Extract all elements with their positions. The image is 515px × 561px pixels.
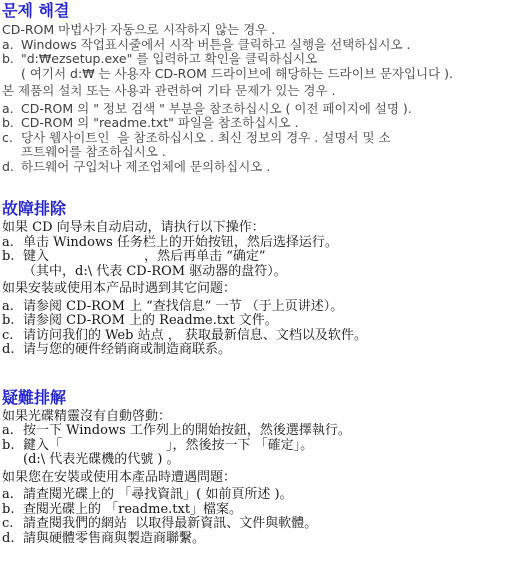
list-marker: d. <box>2 343 23 358</box>
list-item: b. CD-ROM 의 "readme.txt" 파일을 참조하십시오 . <box>2 116 515 131</box>
list-marker: c. <box>2 131 21 146</box>
list-item: a. 按一下 Windows 工作列上的開始按鈕，然後選擇執行。 <box>2 424 515 439</box>
list-item-text: 请访问我们的 Web 站点 ， 获取最新信息、文档以及软件。 <box>23 329 515 344</box>
manual-page: { "page": { "background": "#ffffff", "ti… <box>0 0 515 561</box>
list-item: c. 請查閱我們的網站 以取得最新資訊、文件與軟體。 <box>2 517 515 532</box>
list-item: d. 请与您的硬件经销商或制造商联系。 <box>2 343 515 358</box>
section-title-simplified-chinese: 故障排除 <box>2 199 515 218</box>
list-marker: d. <box>2 160 21 175</box>
intro-paragraph: 본 제품의 설치 또는 사용과 관련하여 기타 문제가 있는 경우 . <box>2 84 515 99</box>
list-item-text: 键入 ，然后再单击 “确定” <box>23 250 515 265</box>
list-item-text: ( 여기서 d:₩ 는 사용자 CD-ROM 드라이브에 해당하는 드라이브 문… <box>21 67 515 82</box>
list-item: a. 单击 Windows 任务栏上的开始按钮，然后选择运行。 <box>2 236 515 251</box>
intro-paragraph: 如果您在安裝或使用本產品時遭遇問題： <box>2 471 515 486</box>
list-item: b. 键入 ，然后再单击 “确定” （其中，d:\ 代表 CD-ROM 驱动器的… <box>2 250 515 279</box>
section-title-traditional-chinese: 疑難排解 <box>2 388 515 407</box>
list-marker: d. <box>2 532 23 547</box>
list-marker: b. <box>2 314 23 329</box>
list-item-text: 당사 웹사이트인 을 참조하십시오 . 최신 정보의 경우 . 설명서 및 소 <box>21 131 515 146</box>
list-item-text: 請與硬體零售商與製造商聯繫。 <box>23 532 515 547</box>
list-item-text: 하드웨어 구입처나 제조업체에 문의하십시오 . <box>21 160 515 175</box>
list-item-text: CD-ROM 의 " 정보 검색 " 부분을 참조하십시오 ( 이전 페이지에 … <box>21 102 515 117</box>
list-item-text: (d:\ 代表光碟機的代號 ) 。 <box>23 453 515 468</box>
list-item: b. "d:₩ezsetup.exe" 를 입력하고 확인을 클릭하십시오 ( … <box>2 52 515 81</box>
list-marker: a. <box>2 102 21 117</box>
list-item-text: （其中，d:\ 代表 CD-ROM 驱动器的盘符）。 <box>23 265 515 280</box>
list-marker: b. <box>2 503 23 518</box>
intro-paragraph: 如果 CD 向导未自动启动，请执行以下操作： <box>2 221 515 236</box>
intro-paragraph: 如果安装或使用本产品时遇到其它问题： <box>2 282 515 297</box>
list-marker: a. <box>2 38 21 53</box>
list-marker: b. <box>2 52 21 67</box>
list-item: b. 请参阅 CD-ROM 上的 Readme.txt 文件。 <box>2 314 515 329</box>
list-marker: c. <box>2 517 23 532</box>
list-marker: b. <box>2 116 21 131</box>
list-item: a. Windows 작업표시줄에서 시작 버튼을 클릭하고 실행을 선택하십시… <box>2 38 515 53</box>
section-title-korean: 문제 해결 <box>2 1 515 20</box>
list-item-text: 按一下 Windows 工作列上的開始按鈕，然後選擇執行。 <box>23 424 515 439</box>
list-item: b. 鍵入「 」，然後按一下 「確定」。 (d:\ 代表光碟機的代號 ) 。 <box>2 439 515 468</box>
list-marker: a. <box>2 300 23 315</box>
list-marker: a. <box>2 236 23 251</box>
list-item: a. 請查閱光碟上的 「尋找資訊」( 如前頁所述 )。 <box>2 488 515 503</box>
section-simplified-chinese-troubleshooting: 故障排除 如果 CD 向导未自动启动，请执行以下操作： a. 单击 Window… <box>2 199 515 358</box>
list-item-text: 请参阅 CD-ROM 上 “查找信息” 一节 （于上页讲述）。 <box>23 300 515 315</box>
list-item-text: 프트웨어를 참조하십시오 . <box>21 145 515 160</box>
list-item: c. 请访问我们的 Web 站点 ， 获取最新信息、文档以及软件。 <box>2 329 515 344</box>
list-marker: b. <box>2 250 23 265</box>
intro-paragraph: 如果光碟精靈沒有自動啓動： <box>2 410 515 425</box>
section-traditional-chinese-troubleshooting: 疑難排解 如果光碟精靈沒有自動啓動： a. 按一下 Windows 工作列上的開… <box>2 388 515 547</box>
list-item-text: "d:₩ezsetup.exe" 를 입력하고 확인을 클릭하십시오 <box>21 52 515 67</box>
list-item: a. CD-ROM 의 " 정보 검색 " 부분을 참조하십시오 ( 이전 페이… <box>2 102 515 117</box>
list-item: c. 당사 웹사이트인 을 참조하십시오 . 최신 정보의 경우 . 설명서 및… <box>2 131 515 160</box>
list-item-text: 請查閱我們的網站 以取得最新資訊、文件與軟體。 <box>23 517 515 532</box>
list-item: d. 請與硬體零售商與製造商聯繫。 <box>2 532 515 547</box>
section-korean-troubleshooting: 문제 해결 CD-ROM 마법사가 자동으로 시작하지 않는 경우 . a. W… <box>2 1 515 174</box>
list-item: d. 하드웨어 구입처나 제조업체에 문의하십시오 . <box>2 160 515 175</box>
list-item-text: 查閱光碟上的 「readme.txt」檔案。 <box>23 503 515 518</box>
list-item: a. 请参阅 CD-ROM 上 “查找信息” 一节 （于上页讲述）。 <box>2 300 515 315</box>
list-marker: b. <box>2 439 23 454</box>
list-marker: a. <box>2 424 23 439</box>
list-item: b. 查閱光碟上的 「readme.txt」檔案。 <box>2 503 515 518</box>
list-item-text: 请参阅 CD-ROM 上的 Readme.txt 文件。 <box>23 314 515 329</box>
list-marker: a. <box>2 488 23 503</box>
list-item-text: 单击 Windows 任务栏上的开始按钮，然后选择运行。 <box>23 236 515 251</box>
intro-paragraph: CD-ROM 마법사가 자동으로 시작하지 않는 경우 . <box>2 23 515 38</box>
list-item-text: 鍵入「 」，然後按一下 「確定」。 <box>23 439 515 454</box>
list-item-text: CD-ROM 의 "readme.txt" 파일을 참조하십시오 . <box>21 116 515 131</box>
list-item-text: 请与您的硬件经销商或制造商联系。 <box>23 343 515 358</box>
list-item-text: Windows 작업표시줄에서 시작 버튼을 클릭하고 실행을 선택하십시오 . <box>21 38 515 53</box>
list-marker: c. <box>2 329 23 344</box>
list-item-text: 請查閱光碟上的 「尋找資訊」( 如前頁所述 )。 <box>23 488 515 503</box>
